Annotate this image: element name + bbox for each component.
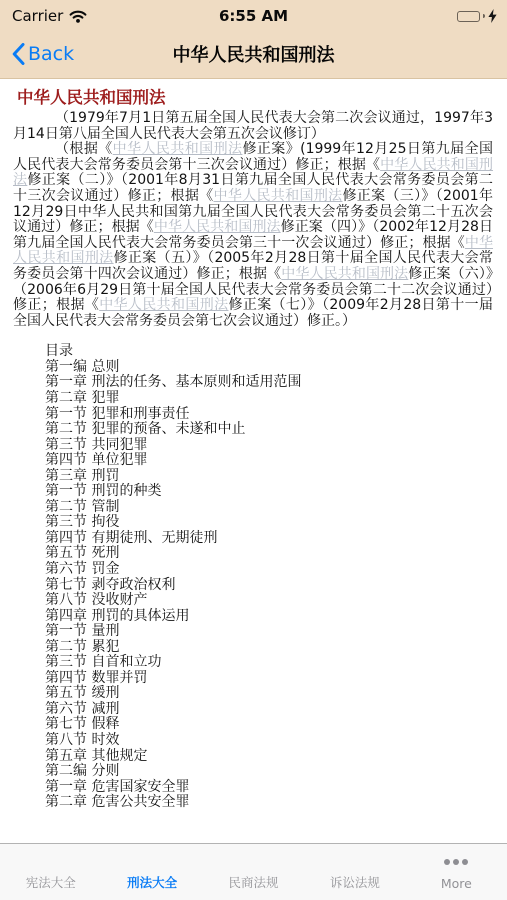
toc-line: 第二节 犯罪的预备、未遂和中止 [45, 422, 493, 438]
tab-label: More [441, 876, 472, 891]
status-bar: Carrier 6:55 AM [0, 0, 507, 30]
article-paragraph: （1979年7月1日第五届全国人民代表大会第二次会议通过，1997年3月14日第… [13, 111, 493, 142]
navigation-bar: Back 中华人民共和国刑法 [0, 30, 507, 79]
toc-line: 第八节 没收财产 [45, 593, 493, 609]
tab-label: 诉讼法规 [330, 873, 380, 891]
toc-line: 第一章 危害国家安全罪 [45, 780, 493, 796]
app-window: Carrier 6:55 AM [0, 0, 507, 900]
toc-line: 第六节 罚金 [45, 562, 493, 578]
toc-line: 第五节 缓刑 [45, 686, 493, 702]
toc-line: 第二章 危害公共安全罪 [45, 795, 493, 811]
toc-line: 第一节 犯罪和刑事责任 [45, 407, 493, 423]
toc-line: 第三节 拘役 [45, 515, 493, 531]
toc-line: 第一节 量刑 [45, 624, 493, 640]
tab-label: 刑法大全 [127, 873, 177, 891]
tab-宪法大全[interactable]: 宪法大全 [0, 844, 101, 900]
toc-line: 第二编 分则 [45, 764, 493, 780]
paragraph-text: （根据《 [55, 141, 113, 157]
toc-line: 第三节 共同犯罪 [45, 438, 493, 454]
page-title: 中华人民共和国刑法 [0, 41, 507, 67]
law-link[interactable]: 中华人民共和国刑法 [154, 219, 281, 235]
carrier-label: Carrier [12, 7, 63, 25]
law-link[interactable]: 中华人民共和国刑法 [113, 141, 243, 157]
toc-line: 第二章 犯罪 [45, 391, 493, 407]
wifi-icon [69, 10, 87, 23]
battery-cap [483, 14, 485, 18]
chevron-left-icon [12, 43, 25, 65]
toc-line: 目录 [45, 344, 493, 360]
charging-bolt-icon [488, 9, 497, 23]
toc-line: 第七节 剥夺政治权利 [45, 578, 493, 594]
toc-line: 第二节 累犯 [45, 640, 493, 656]
tab-bar: 宪法大全刑法大全民商法规诉讼法规More [0, 843, 507, 900]
toc-line: 第一节 刑罚的种类 [45, 484, 493, 500]
ellipsis-icon [444, 859, 468, 865]
toc-line: 第七节 假释 [45, 717, 493, 733]
article-paragraph: （根据《中华人民共和国刑法修正案》(1999年12月25日第九届全国人民代表大会… [13, 142, 493, 329]
toc-line: 第三章 刑罚 [45, 469, 493, 485]
tab-label: 宪法大全 [26, 873, 76, 891]
toc-line: 第三节 自首和立功 [45, 655, 493, 671]
law-link[interactable]: 中华人民共和国刑法 [99, 297, 228, 313]
toc-line: 第四节 单位犯罪 [45, 453, 493, 469]
tab-民商法规[interactable]: 民商法规 [203, 844, 304, 900]
toc-line: 第五节 死刑 [45, 546, 493, 562]
tab-More[interactable]: More [406, 844, 507, 900]
back-button-label: Back [28, 43, 74, 65]
article-body: （1979年7月1日第五届全国人民代表大会第二次会议通过，1997年3月14日第… [13, 111, 493, 329]
toc-line: 第四节 数罪并罚 [45, 671, 493, 687]
law-link[interactable]: 中华人民共和国刑法 [214, 188, 343, 204]
toc-line: 第一章 刑法的任务、基本原则和适用范围 [45, 375, 493, 391]
battery-low-charging-icon [457, 11, 480, 22]
toc-line: 第五章 其他规定 [45, 749, 493, 765]
toc-line: 第四章 刑罚的具体运用 [45, 609, 493, 625]
law-link[interactable]: 中华人民共和国刑法 [281, 266, 408, 282]
tab-诉讼法规[interactable]: 诉讼法规 [304, 844, 405, 900]
tab-label: 民商法规 [229, 873, 279, 891]
toc-line: 第二节 管制 [45, 500, 493, 516]
article-heading: 中华人民共和国刑法 [17, 84, 493, 108]
paragraph-text: （1979年7月1日第五届全国人民代表大会第二次会议通过，1997年3月14日第… [13, 110, 493, 142]
toc-line: 第八节 时效 [45, 733, 493, 749]
article-scroll-view[interactable]: 中华人民共和国刑法 （1979年7月1日第五届全国人民代表大会第二次会议通过，1… [0, 80, 507, 843]
back-button[interactable]: Back [12, 43, 74, 65]
tab-刑法大全[interactable]: 刑法大全 [101, 844, 202, 900]
table-of-contents: 目录第一编 总则第一章 刑法的任务、基本原则和适用范围第二章 犯罪第一节 犯罪和… [13, 344, 493, 810]
